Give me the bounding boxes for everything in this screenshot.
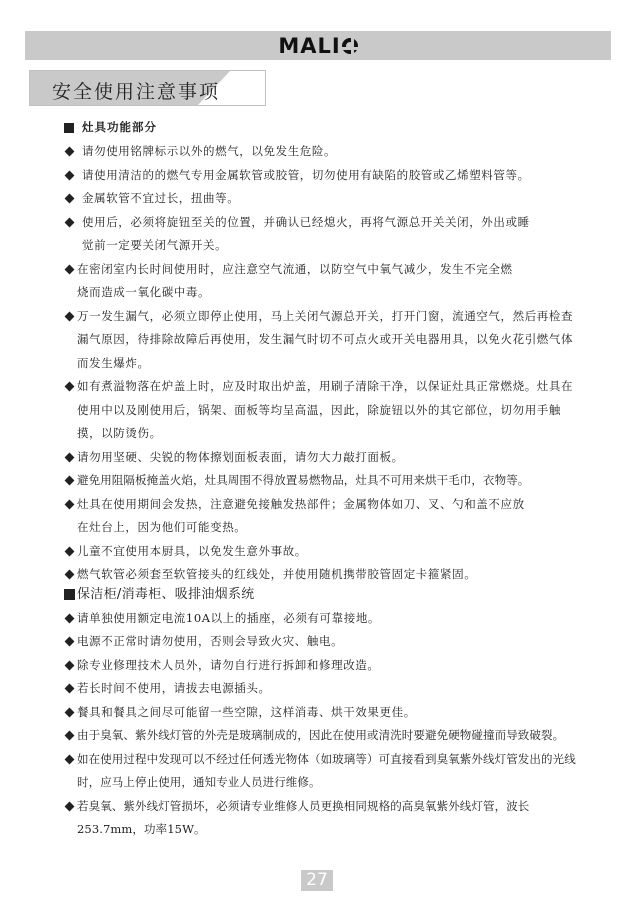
list-item: 避免用阻隔板掩盖火焰，灶具周围不得放置易燃物品，灶具不可用来烘干毛巾，衣物等。 <box>64 469 594 493</box>
diamond-bullet-icon <box>65 801 75 811</box>
list-item: 若长时间不使用，请拔去电源插头。 <box>64 677 594 701</box>
diamond-bullet-icon <box>65 264 75 274</box>
section-title-box: 安全使用注意事项 <box>29 70 266 106</box>
square-bullet-icon <box>64 123 74 133</box>
list-item-text: 儿童不宜使用本厨具，以免发生意外事故。 <box>77 540 594 564</box>
list-item: 请勿用坚硬、尖锐的物体擦划面板表面，请勿大力敲打面板。 <box>64 446 594 470</box>
brand-name: MALI <box>278 34 340 58</box>
list-item: 如在使用过程中发现可以不经过任何透光物体（如玻璃等）可直接看到臭氧紫外线灯管发出… <box>64 748 594 795</box>
list-item-text: 请勿用坚硬、尖锐的物体擦划面板表面，请勿大力敲打面板。 <box>77 446 594 470</box>
list-item-text: 如在使用过程中发现可以不经过任何透光物体（如玻璃等）可直接看到臭氧紫外线灯管发出… <box>77 748 594 795</box>
diamond-bullet-icon <box>65 194 75 204</box>
diamond-bullet-icon <box>65 217 75 227</box>
list-item: 万一发生漏气，必须立即停止使用，马上关闭气源总开关，打开门窗，流通空气，然后再检… <box>64 305 594 376</box>
diamond-bullet-icon <box>65 499 75 509</box>
list-item: 使用后，必须将旋钮至关的位置，并确认已经熄火，再将气源总开关关闭，外出或睡觉前一… <box>64 211 594 258</box>
section-heading-text: 灶具功能部分 <box>82 116 157 140</box>
list-item-text: 若长时间不使用，请拔去电源插头。 <box>77 677 594 701</box>
list-item-text: 除专业修理技术人员外，请勿自行进行拆卸和修理改造。 <box>77 654 594 678</box>
list-item: 由于臭氧、紫外线灯管的外壳是玻璃制成的，因此在使用或清洗时要避免硬物碰撞而导致破… <box>64 724 594 748</box>
diamond-bullet-icon <box>65 147 75 157</box>
section-heading-cabinet-hood: 保洁柜/消毒柜、吸排油烟系统 <box>64 585 594 605</box>
diamond-bullet-icon <box>65 570 75 580</box>
list-item: 灶具在使用期间会发热，注意避免接触发热部件；金属物体如刀、叉、勺和盖不应放在灶台… <box>64 493 594 540</box>
diamond-bullet-icon <box>65 546 75 556</box>
list-item-text: 在密闭室内长时间使用时，应注意空气流通，以防空气中氧气减少，发生不完全燃烧而造成… <box>77 258 594 305</box>
list-item: 如有煮溢物落在炉盖上时，应及时取出炉盖，用刷子清除干净，以保证灶具正常燃烧。灶具… <box>64 375 594 446</box>
list-item-text: 电源不正常时请勿使用，否则会导致火灾、触电。 <box>77 630 594 654</box>
list-item-text: 请使用清洁的的燃气专用金属软管或胶管，切勿使用有缺陷的胶管或乙烯塑料管等。 <box>82 164 594 188</box>
list-item: 儿童不宜使用本厨具，以免发生意外事故。 <box>64 540 594 564</box>
list-item: 在密闭室内长时间使用时，应注意空气流通，以防空气中氧气减少，发生不完全燃烧而造成… <box>64 258 594 305</box>
list-item: 请单独使用额定电流10A以上的插座，必须有可靠接地。 <box>64 607 594 631</box>
list-item: 餐具和餐具之间尽可能留一些空隙，这样消毒、烘干效果更佳。 <box>64 701 594 725</box>
diamond-bullet-icon <box>65 613 75 623</box>
list-item-text: 如有煮溢物落在炉盖上时，应及时取出炉盖，用刷子清除干净，以保证灶具正常燃烧。灶具… <box>77 375 594 446</box>
list-item-text: 金属软管不宜过长，扭曲等。 <box>82 187 594 211</box>
diamond-bullet-icon <box>65 731 75 741</box>
list-item-text: 餐具和餐具之间尽可能留一些空隙，这样消毒、烘干效果更佳。 <box>77 701 594 725</box>
diamond-bullet-icon <box>65 637 75 647</box>
list-item-text: 使用后，必须将旋钮至关的位置，并确认已经熄火，再将气源总开关关闭，外出或睡觉前一… <box>82 211 594 258</box>
brand-header-bar: MALI <box>25 31 611 60</box>
diamond-bullet-icon <box>65 476 75 486</box>
list-item-text: 若臭氧、紫外线灯管损坏，必须请专业维修人员更换相同规格的高臭氧紫外线灯管，波长2… <box>77 795 594 842</box>
section-heading-stove: 灶具功能部分 <box>64 118 594 138</box>
list-item-text: 请勿使用铭牌标示以外的燃气，以免发生危险。 <box>82 140 594 164</box>
list-item-text: 灶具在使用期间会发热，注意避免接触发热部件；金属物体如刀、叉、勺和盖不应放在灶台… <box>77 493 594 540</box>
square-bullet-icon <box>64 589 75 600</box>
section-heading-text: 保洁柜/消毒柜、吸排油烟系统 <box>77 583 255 607</box>
list-item: 金属软管不宜过长，扭曲等。 <box>64 187 594 211</box>
diamond-bullet-icon <box>65 684 75 694</box>
diamond-bullet-icon <box>65 660 75 670</box>
safety-notes-content: 灶具功能部分 请勿使用铭牌标示以外的燃气，以免发生危险。 请使用清洁的的燃气专用… <box>64 118 594 842</box>
brand-logo: MALI <box>278 34 357 58</box>
diamond-bullet-icon <box>65 382 75 392</box>
diamond-bullet-icon <box>65 170 75 180</box>
diamond-bullet-icon <box>65 707 75 717</box>
list-item-text: 避免用阻隔板掩盖火焰，灶具周围不得放置易燃物品，灶具不可用来烘干毛巾，衣物等。 <box>77 469 594 493</box>
diamond-bullet-icon <box>65 311 75 321</box>
list-item: 电源不正常时请勿使用，否则会导致火灾、触电。 <box>64 630 594 654</box>
diamond-bullet-icon <box>65 754 75 764</box>
diamond-bullet-icon <box>65 452 75 462</box>
list-item-text: 由于臭氧、紫外线灯管的外壳是玻璃制成的，因此在使用或清洗时要避免硬物碰撞而导致破… <box>77 724 594 748</box>
page-number: 27 <box>301 870 333 891</box>
list-item-text: 万一发生漏气，必须立即停止使用，马上关闭气源总开关，打开门窗，流通空气，然后再检… <box>77 305 594 376</box>
page-title: 安全使用注意事项 <box>52 77 220 104</box>
list-item: 若臭氧、紫外线灯管损坏，必须请专业维修人员更换相同规格的高臭氧紫外线灯管，波长2… <box>64 795 594 842</box>
brand-o-icon <box>342 38 358 54</box>
list-item: 请勿使用铭牌标示以外的燃气，以免发生危险。 <box>64 140 594 164</box>
list-item: 除专业修理技术人员外，请勿自行进行拆卸和修理改造。 <box>64 654 594 678</box>
list-item-text: 请单独使用额定电流10A以上的插座，必须有可靠接地。 <box>77 607 594 631</box>
list-item: 请使用清洁的的燃气专用金属软管或胶管，切勿使用有缺陷的胶管或乙烯塑料管等。 <box>64 164 594 188</box>
